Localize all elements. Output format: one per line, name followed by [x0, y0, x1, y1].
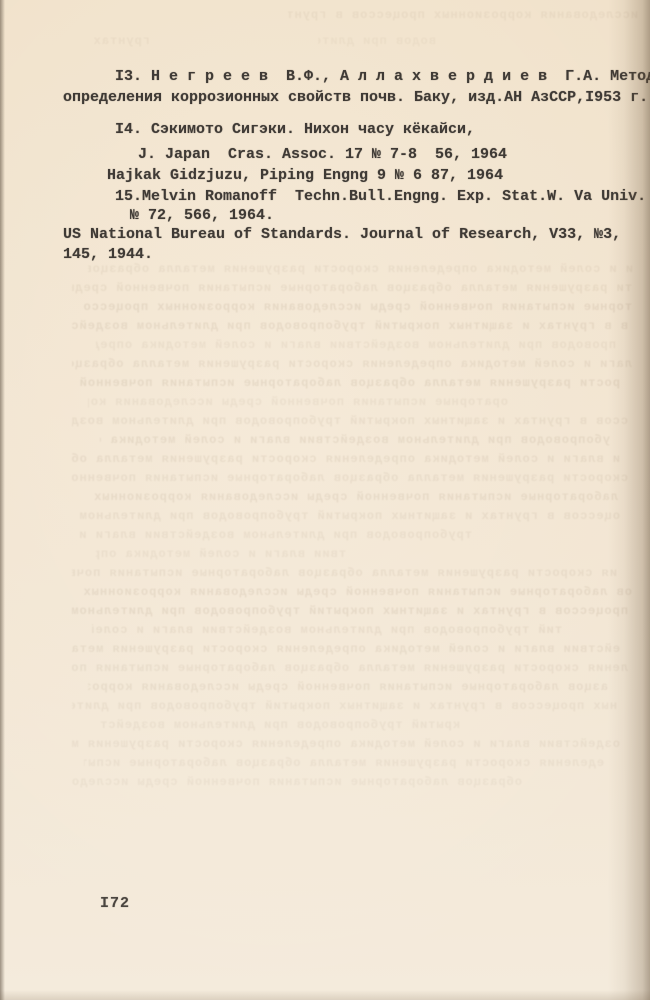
reference-line: № 72, 566, 1964.: [130, 207, 274, 225]
showthrough-line: ссов в грунтах и защитных покрытий трубо…: [72, 414, 628, 428]
page-right-shadow: [608, 0, 650, 1000]
showthrough-line: исследования коррозионных процессов в гр…: [288, 8, 638, 22]
showthrough-line: процессов в грунтах и защитных покрытий …: [72, 604, 628, 618]
page-left-edge: [0, 0, 5, 1000]
showthrough-line: грунтах и за: [92, 34, 150, 48]
showthrough-line: и и солей методика определения скорости …: [88, 262, 633, 276]
showthrough-line: образцов лабораторные испытания почвенно…: [72, 775, 522, 789]
reference-line: I3. Н е г р е е в В.Ф., А л л а х в е р …: [115, 68, 650, 86]
page-bottom-shadow: [0, 990, 650, 1000]
showthrough-line: крытий трубопроводов при длительном возд…: [100, 718, 460, 732]
showthrough-line: скорости разрушения металла образцов лаб…: [72, 471, 628, 485]
showthrough-line: лабораторные испытания почвенной среды и…: [88, 490, 618, 504]
showthrough-line: ораторные испытания почвенной среды иссл…: [88, 395, 508, 409]
showthrough-line: торные испытания почвенной среды исследо…: [84, 300, 632, 314]
reference-line: J. Japan Cras. Assoc. 17 № 7-8 56, 1964: [138, 146, 507, 164]
reference-line: Hajkak Gidzjuzu, Piping Engng 9 № 6 87, …: [107, 167, 503, 185]
showthrough-line: ти разрушения металла образцов лаборатор…: [72, 281, 632, 295]
showthrough-line: ления скорости разрушения металла образц…: [72, 661, 628, 675]
showthrough-line: проводов при длительном воздействии влаг…: [96, 338, 616, 352]
reference-line: US National Bureau of Standards. Journal…: [63, 226, 621, 244]
reference-line: 145, 1944.: [63, 246, 153, 264]
showthrough-line: и влаги и солей методика определения ско…: [72, 452, 620, 466]
showthrough-line: еделения скорости разрушения металла обр…: [84, 756, 604, 770]
showthrough-line: ов лабораторные испытания почвенной сред…: [84, 585, 632, 599]
showthrough-line: ных процессов в грунтах и защитных покры…: [72, 699, 617, 713]
showthrough-line: ия скорости разрушения металла образцов …: [72, 566, 617, 580]
showthrough-line: в в грунтах и защитных покрытий трубопро…: [72, 319, 628, 333]
showthrough-line: ействии влаги и солей методика определен…: [72, 642, 620, 656]
scanned-page: исследования коррозионных процессов в гр…: [0, 0, 650, 1000]
reference-line: I4. Сэкимото Сигэки. Нихон часу кёкайси,: [115, 121, 475, 139]
showthrough-line: лаги и солей методика определения скорос…: [72, 357, 632, 371]
reference-line: определения коррозионных свойств почв. Б…: [63, 89, 648, 107]
showthrough-line: твии влаги и солей методика определения: [96, 547, 346, 561]
page-number: I72: [100, 895, 130, 913]
showthrough-line: рости разрушения металла образцов лабора…: [72, 376, 620, 390]
showthrough-line: оцессов в грунтах и защитных покрытий тр…: [72, 509, 620, 523]
showthrough-line: трубопроводов при длительном воздействии…: [72, 528, 472, 542]
showthrough-line: азцов лабораторные испытания почвенной с…: [88, 680, 608, 694]
reference-line: 15.Melvin Romanoff Techn.Bull.Engng. Exp…: [115, 188, 646, 206]
showthrough-line: тий трубопроводов при длительном воздейс…: [92, 623, 562, 637]
showthrough-line: оздействии влаги и солей методика опреде…: [72, 737, 620, 751]
showthrough-line: убопроводов при длительном воздействии в…: [100, 433, 610, 447]
showthrough-line: водов при длительном: [318, 34, 436, 48]
